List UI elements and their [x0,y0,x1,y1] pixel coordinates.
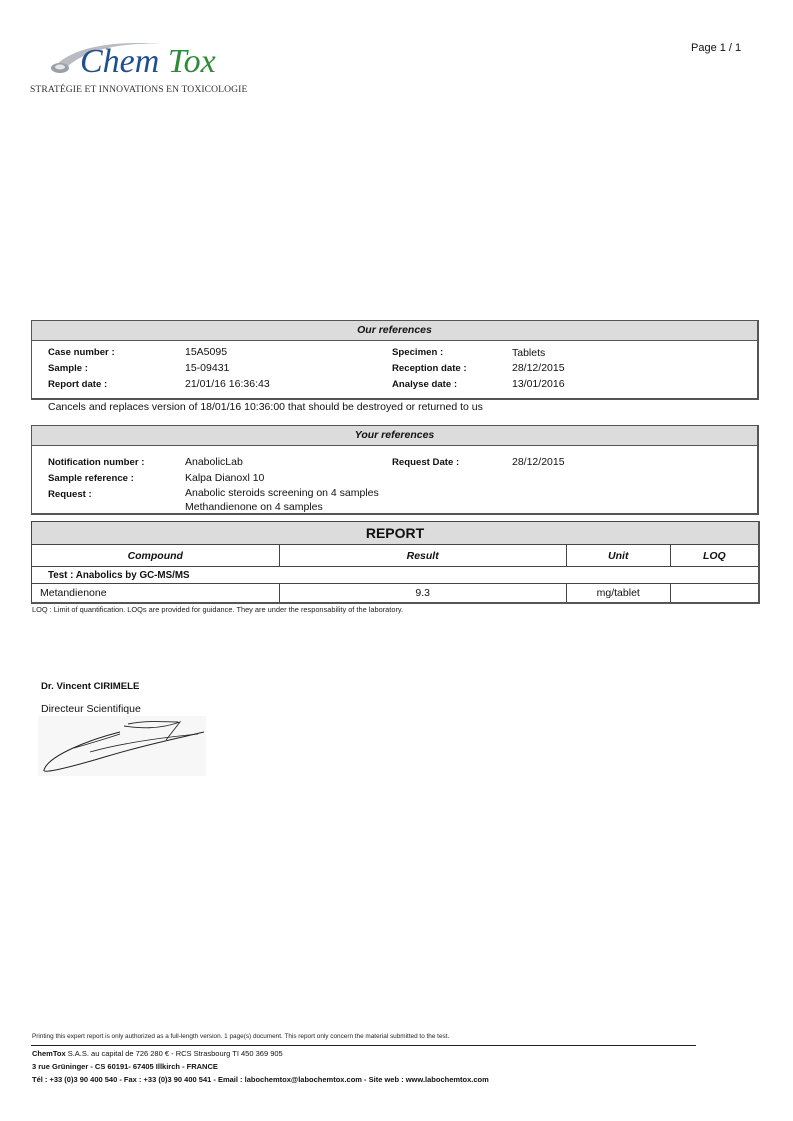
report-date-value: 21/01/16 16:36:43 [185,378,270,390]
logo-tagline: STRATÉGIE ET INNOVATIONS EN TOXICOLOGIE [30,84,247,95]
column-unit: Unit [566,545,670,567]
column-loq: LOQ [670,545,759,567]
notification-number-label: Notification number : [48,457,144,468]
report-header-row: Compound Result Unit LOQ [32,545,760,567]
our-references-title: Our references [32,321,757,341]
footer-contact: Tél : +33 (0)3 90 400 540 - Fax : +33 (0… [32,1075,489,1084]
reception-date-value: 28/12/2015 [512,362,565,374]
request-date-value: 28/12/2015 [512,456,565,468]
unit-cell: mg/tablet [566,584,670,604]
page-indicator: Page 1 / 1 [691,42,741,54]
cancel-note: Cancels and replaces version of 18/01/16… [48,401,483,413]
your-references-box: Your references Notification number : An… [31,425,759,515]
request-line-1: Anabolic steroids screening on 4 samples [185,487,379,499]
loq-cell [670,584,759,604]
analyse-date-label: Analyse date : [392,379,457,390]
sample-label: Sample : [48,363,88,374]
case-number-value: 15A5095 [185,346,227,358]
logo-wordmark: Chem Tox [80,44,216,80]
request-line-2: Methandienone on 4 samples [185,501,323,513]
test-label: Test : Anabolics by GC-MS/MS [32,567,760,584]
report-title: REPORT [32,522,760,545]
signatory-title: Directeur Scientifique [41,703,141,715]
result-cell: 9.3 [279,584,566,604]
sample-reference-value: Kalpa Dianoxl 10 [185,472,264,484]
request-date-label: Request Date : [392,457,459,468]
column-compound: Compound [32,545,280,567]
footer-company: ChemTox S.A.S. au capital de 726 280 € -… [32,1049,283,1058]
footer-divider [31,1045,696,1046]
case-number-label: Case number : [48,347,115,358]
signature-image [38,716,206,776]
loq-note: LOQ : Limit of quantification. LOQs are … [32,605,403,614]
specimen-label: Specimen : [392,347,443,358]
test-group-row: Test : Anabolics by GC-MS/MS [32,567,760,584]
signature-icon [38,716,206,776]
chemtox-logo: Chem Tox STRATÉGIE ET INNOVATIONS EN TOX… [28,36,258,98]
table-row: Metandienone 9.3 mg/tablet [32,584,760,604]
notification-number-value: AnabolicLab [185,456,243,468]
sample-value: 15-09431 [185,362,229,374]
reception-date-label: Reception date : [392,363,467,374]
our-references-box: Our references Case number : 15A5095 Sam… [31,320,759,400]
request-label: Request : [48,489,92,500]
analyse-date-value: 13/01/2016 [512,378,565,390]
footer-note: Printing this expert report is only auth… [32,1033,449,1040]
specimen-value: Tablets [512,347,545,359]
footer-address: 3 rue Grüninger - CS 60191- 67405 Illkir… [32,1062,218,1071]
your-references-title: Your references [32,426,757,446]
compound-cell: Metandienone [32,584,280,604]
report-table: REPORT Compound Result Unit LOQ Test : A… [31,521,760,604]
column-result: Result [279,545,566,567]
sample-reference-label: Sample reference : [48,473,134,484]
report-date-label: Report date : [48,379,107,390]
signatory-name: Dr. Vincent CIRIMELE [41,681,139,692]
